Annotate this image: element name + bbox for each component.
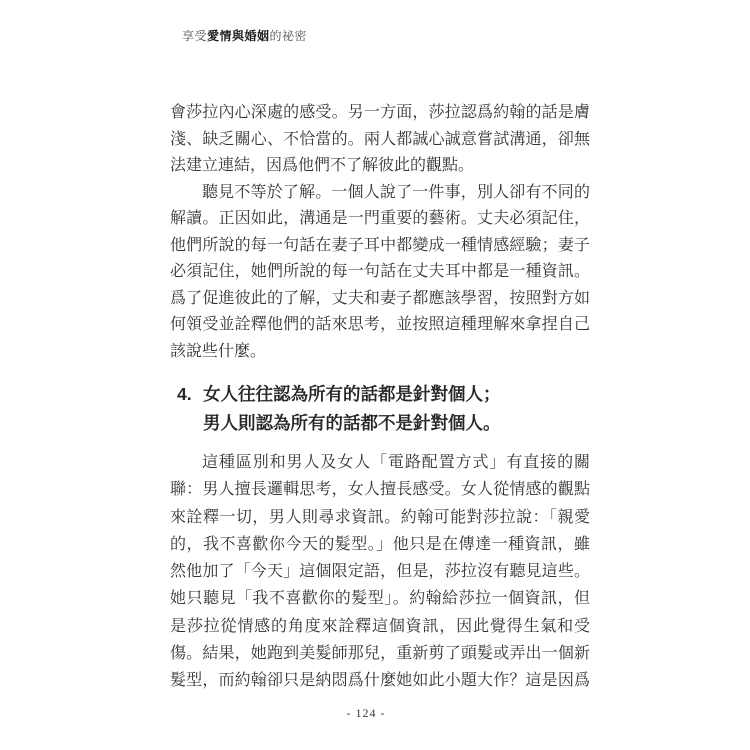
text-line: 是莎拉從情感的角度來詮釋這個資訊，因此覺得生氣和受 [170,613,590,640]
text-line: 來詮釋一切，男人則尋求資訊。約翰可能對莎拉說：「親愛 [170,504,590,531]
text-line: 這種區別和男人及女人「電路配置方式」有直接的關 [170,449,590,476]
running-header: 享受愛情與婚姻的祕密 [182,27,307,45]
text-line: 解讀。正因如此，溝通是一門重要的藝術。丈夫必須記住， [170,206,590,233]
running-header-book-title: 愛情與婚姻 [207,29,270,43]
paragraph: 這種區別和男人及女人「電路配置方式」有直接的關聯：男人擅長邏輯思考，女人擅長感受… [170,449,590,695]
text-line: 傷。結果，她跑到美髮師那兒，重新剪了頭髮或弄出一個新 [170,640,590,667]
section-heading-line-1: 女人往往認為所有的話都是針對個人； [203,380,501,409]
section-heading-text: 女人往往認為所有的話都是針對個人； 男人則認為所有的話都不是針對個人。 [203,380,501,438]
section-number: 4. [170,380,203,438]
section-heading-line-2: 男人則認為所有的話都不是針對個人。 [203,409,501,438]
paragraph: 會莎拉內心深處的感受。另一方面，莎拉認爲約翰的話是膚淺、缺乏關心、不恰當的。兩人… [170,100,590,180]
page-number: - 124 - [170,706,562,721]
text-line: 然他加了「今天」這個限定語，但是，莎拉沒有聽見這些。 [170,558,590,585]
paragraph: 聽見不等於了解。一個人說了一件事，別人卻有不同的解讀。正因如此，溝通是一門重要的… [170,180,590,366]
text-line: 聽見不等於了解。一個人說了一件事，別人卻有不同的 [170,180,590,207]
text-line: 的，我不喜歡你今天的髮型。」他只是在傳達一種資訊，雖 [170,531,590,558]
body-text-upper: 會莎拉內心深處的感受。另一方面，莎拉認爲約翰的話是膚淺、缺乏關心、不恰當的。兩人… [170,100,590,365]
book-page: 享受愛情與婚姻的祕密 會莎拉內心深處的感受。另一方面，莎拉認爲約翰的話是膚淺、缺… [0,0,750,750]
text-line: 何領受並詮釋他們的話來思考，並按照這種理解來拿捏自己 [170,312,590,339]
text-line: 必須記住，她們所說的每一句話在丈夫耳中都是一種資訊。 [170,259,590,286]
text-line: 他們所說的每一句話在妻子耳中都變成一種情感經驗；妻子 [170,233,590,260]
body-text-lower: 這種區別和男人及女人「電路配置方式」有直接的關聯：男人擅長邏輯思考，女人擅長感受… [170,449,590,695]
text-line: 聯：男人擅長邏輯思考，女人擅長感受。女人從情感的觀點 [170,476,590,503]
text-line: 淺、缺乏關心、不恰當的。兩人都誠心誠意嘗試溝通，卻無 [170,127,590,154]
text-line: 會莎拉內心深處的感受。另一方面，莎拉認爲約翰的話是膚 [170,100,590,127]
text-line: 該說些什麼。 [170,339,590,366]
running-header-suffix: 的祕密 [270,29,308,43]
text-line: 髮型，而約翰卻只是納悶爲什麼她如此小題大作？這是因爲 [170,667,590,694]
section-heading: 4. 女人往往認為所有的話都是針對個人； 男人則認為所有的話都不是針對個人。 [170,380,501,438]
text-line: 她只聽見「我不喜歡你的髮型」。約翰給莎拉一個資訊，但 [170,585,590,612]
text-line: 法建立連結，因爲他們不了解彼此的觀點。 [170,153,590,180]
text-line: 爲了促進彼此的了解，丈夫和妻子都應該學習，按照對方如 [170,286,590,313]
running-header-prefix: 享受 [182,29,207,43]
